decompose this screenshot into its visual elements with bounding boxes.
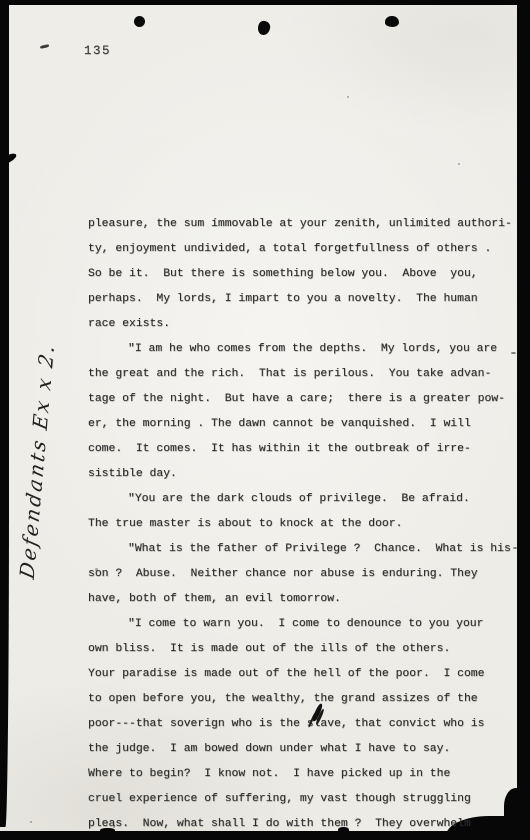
ink-speck (113, 825, 115, 828)
text-line: tage of the night. But have a care; ther… (88, 387, 512, 412)
text-line: pleasure, the sum ímmovable at your zeni… (88, 212, 512, 237)
paragraph: "What is the father of Privilege ? Chanc… (88, 537, 512, 612)
text-line: poor---that soverign who is the slave, t… (88, 712, 512, 737)
typewritten-text: pleasure, the sum ímmovable at your zeni… (88, 212, 512, 837)
ink-speck (513, 547, 517, 549)
text-line: come. It comes. It has within it the out… (88, 437, 512, 462)
text-line: "You are the dark clouds of privilege. B… (88, 487, 512, 512)
text-line: perhaps. My lords, I impart to you a nov… (88, 287, 512, 312)
scanned-document-page: 135 Defendants Ex x 2. pleasure, the sum… (0, 0, 530, 840)
paragraph: pleasure, the sum ímmovable at your zeni… (88, 212, 512, 337)
text-line: the judge. I am bowed down under what I … (88, 737, 512, 762)
paragraph: "I come to warn you. I come to denounce … (88, 612, 512, 837)
scan-edge-top (0, 0, 530, 5)
page-number: 135 (84, 44, 111, 58)
ink-speck (95, 568, 98, 571)
text-line: own bliss. It is made out of the ills of… (88, 637, 512, 662)
ink-speck (440, 770, 443, 772)
text-line: "What is the father of Privilege ? Chanc… (88, 537, 512, 562)
text-line: Your paradise is made out of the hell of… (88, 662, 512, 687)
text-line: So be it. But there is something below y… (88, 262, 512, 287)
text-line: son ? Abuse. Neither chance nor abuse is… (88, 562, 512, 587)
text-line: to open before you, the wealthy, the gra… (88, 687, 512, 712)
text-line: er, the morning . The dawn cannot be van… (88, 412, 512, 437)
text-line: race exists. (88, 312, 512, 337)
text-line: "I am he who comes from the depths. My l… (88, 337, 512, 362)
text-line: ty, enjoyment undivided, a total forgetf… (88, 237, 512, 262)
text-line: The true master is about to knock at the… (88, 512, 512, 537)
pencil-tick-mark (40, 44, 49, 49)
ink-dot (385, 16, 399, 27)
text-line: Where to begin? I know not. I have picke… (88, 762, 512, 787)
ink-speck (30, 821, 32, 823)
text-line: have, both of them, an evil tomorrow. (88, 587, 512, 612)
text-line: "I come to warn you. I come to denounce … (88, 612, 512, 637)
ink-dot (134, 16, 145, 27)
ink-speck (347, 96, 349, 98)
ink-speck (458, 163, 460, 165)
paragraph: "You are the dark clouds of privilege. B… (88, 487, 512, 537)
text-line: pleas. Now, what shall I do with them ? … (88, 812, 512, 837)
ink-dot (257, 20, 272, 36)
scan-edge-right (517, 0, 530, 840)
text-line: the great and the rich. That is perilous… (88, 362, 512, 387)
scan-edge-left (0, 0, 9, 827)
text-line: sistible day. (88, 462, 512, 487)
ink-speck (511, 352, 516, 354)
paragraph: "I am he who comes from the depths. My l… (88, 337, 512, 487)
text-line: cruel experience of suffering, my vast t… (88, 787, 512, 812)
handwritten-margin-note: Defendants Ex x 2. (14, 334, 61, 589)
